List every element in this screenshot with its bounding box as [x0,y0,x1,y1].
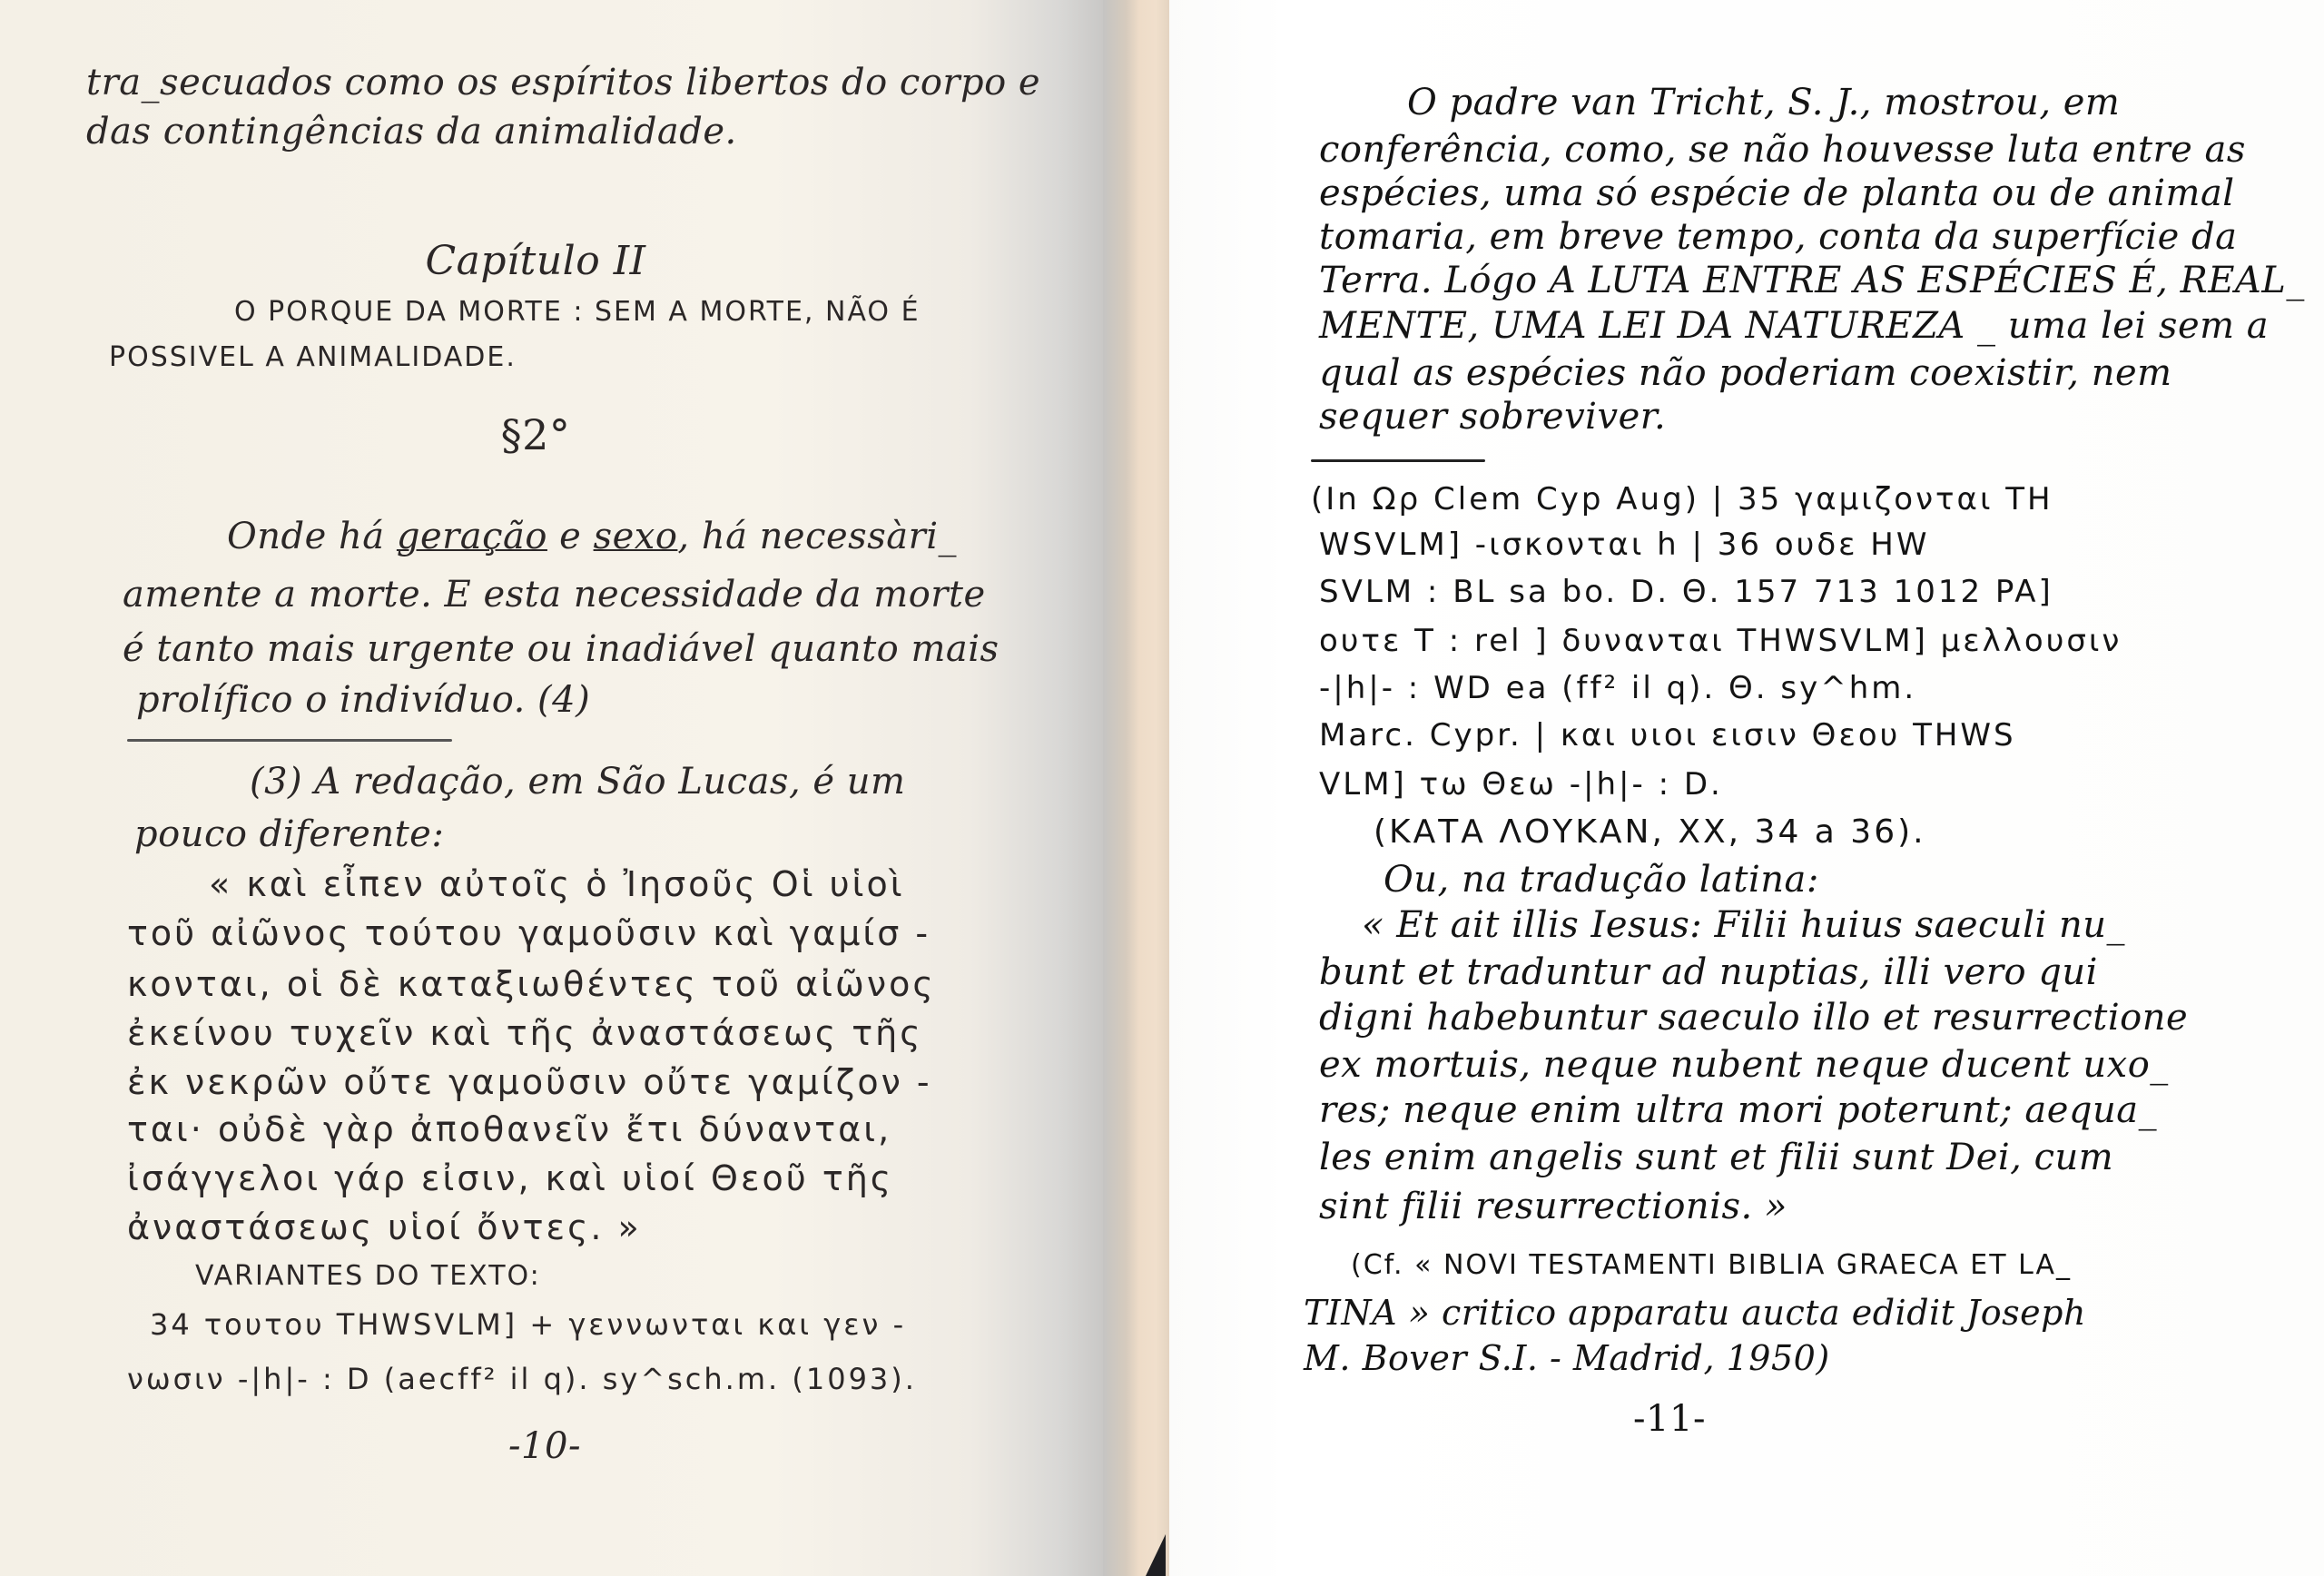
greek-quote-line: ἰσάγγελοι γάρ εἰσιν, καὶ υἱοί Θεοῦ τῆς [127,1158,893,1198]
apparatus-line: SVLM : BL sa bo. D. Θ. 157 713 1012 PA] [1319,574,2053,610]
footnote-divider [1311,459,1485,462]
body-line: O padre van Tricht, S. J., mostrou, em [1407,82,2120,123]
latin-quote-line: bunt et traduntur ad nuptias, illi vero … [1319,951,2098,993]
intro-line: tra_secuados como os espíritos libertos … [86,62,1040,103]
body-line: MENTE, UMA LEI DA NATUREZA _ uma lei sem… [1319,305,2269,347]
latin-quote-line: ex mortuis, neque nubent neque ducent ux… [1319,1044,2169,1086]
body-line: qual as espécies não poderiam coexistir,… [1319,352,2172,394]
body-text: Onde há [227,516,397,557]
page-number: -10- [0,1425,1089,1467]
apparatus-line: WSVLM] -ισκονται h | 36 ουδε HW [1319,527,1930,563]
variant-line: νωσιν -|h|- : D (aecff² il q). sy^sch.m.… [127,1362,917,1396]
chapter-title: Capítulo II [0,238,1071,284]
body-line: espécies, uma só espécie de planta ou de… [1319,172,2235,214]
latin-quote-line: digni habebuntur saeculo illo et resurre… [1319,997,2188,1039]
book-gutter [1103,0,1169,1576]
greek-quote-line: ἐκ νεκρῶν οὔτε γαμοῦσιν οὔτε γαμίζον - [127,1062,932,1102]
greek-quote-line: κονται, οἱ δὲ καταξιωθέντες τοῦ αἰῶνος [127,964,936,1004]
body-line: tomaria, em breve tempo, conta da superf… [1319,216,2238,258]
body-line: é tanto mais urgente ou inadiável quanto… [123,628,1000,670]
body-line: amente a morte. E esta necessidade da mo… [123,574,986,616]
greek-quote-line: ἀναστάσεως υἱοί ὄντες. » [127,1207,642,1247]
page-number: -11- [1169,1398,2170,1440]
chapter-subtitle: O PORQUE DA MORTE : SEM A MORTE, NÃO É [234,296,921,328]
citation: (ΚΑΤΑ ΛΟΥΚΑΝ, XX, 34 a 36). [1374,813,1926,851]
apparatus-line: ουτε T : rel ] δυνανται THWSVLM] μελλουσ… [1319,623,2122,659]
body-text: , há necessàri_ [677,516,957,557]
underlined-word: geração [397,516,547,557]
section-mark: §2° [0,410,1071,459]
reference-line: (Cf. « NOVI TESTAMENTI BIBLIA GRAECA ET … [1351,1249,2072,1281]
apparatus-line: -|h|- : WD ea (ff² il q). Θ. sy^hm. [1319,670,1916,706]
apparatus-line: VLM] τω Θεω -|h|- : D. [1319,766,1723,803]
body-line: Terra. Lógo A LUTA ENTRE AS ESPÉCIES É, … [1319,260,2305,301]
footnote-divider [127,739,452,742]
variants-heading: VARIANTES DO TEXTO: [195,1260,541,1292]
greek-quote-line: ται· οὐδὲ γὰρ ἀποθανεῖν ἔτι δύνανται, [127,1109,891,1149]
body-line: conferência, como, se não houvesse luta … [1319,129,2246,171]
greek-quote-line: « καὶ εἶπεν αὐτοῖς ὁ Ἰησοῦς Οἱ υἱοὶ [209,864,905,904]
greek-quote-line: τοῦ αἰῶνος τούτου γαμοῦσιν καὶ γαμίσ - [127,913,931,953]
latin-quote-line: sint filii resurrectionis. » [1319,1186,1787,1227]
body-line: Onde há geração e sexo, há necessàri_ [227,516,957,557]
latin-intro: Ou, na tradução latina: [1384,859,1819,901]
latin-quote-line: res; neque enim ultra mori poterunt; aeq… [1319,1089,2157,1131]
greek-quote-line: ἐκείνου τυχεῖν καὶ τῆς ἀναστάσεως τῆς [127,1013,923,1053]
body-line: sequer sobreviver. [1319,396,1666,438]
latin-quote-line: les enim angelis sunt et filii sunt Dei,… [1319,1137,2113,1178]
book-spread: tra_secuados como os espíritos libertos … [0,0,2324,1576]
left-page: tra_secuados como os espíritos libertos … [0,0,1103,1576]
variant-line: 34 τουτου THWSVLM] + γεννωνται και γεν - [150,1307,906,1342]
body-text: e [547,516,594,557]
latin-quote-line: « Et ait illis Iesus: Filii huius saecul… [1362,904,2125,946]
apparatus-line: Marc. Cypr. | και υιοι εισιν Θεου THWS [1319,717,2016,754]
footnote-line: pouco diferente: [134,813,444,855]
body-line: prolífico o indivíduo. (4) [136,679,590,721]
reference-line: M. Bover S.I. - Madrid, 1950) [1304,1338,1830,1378]
apparatus-line: (In Ωρ Clem Cyp Aug) | 35 γαμιζονται TH [1311,481,2053,517]
reference-line: TINA » critico apparatu aucta edidit Jos… [1304,1293,2086,1333]
intro-line: das contingências da animalidade. [86,111,737,153]
footnote-line: (3) A redação, em São Lucas, é um [250,761,905,803]
underlined-word: sexo [594,516,678,557]
chapter-subtitle: POSSIVEL A ANIMALIDADE. [109,341,517,373]
right-page: O padre van Tricht, S. J., mostrou, em c… [1169,0,2324,1576]
